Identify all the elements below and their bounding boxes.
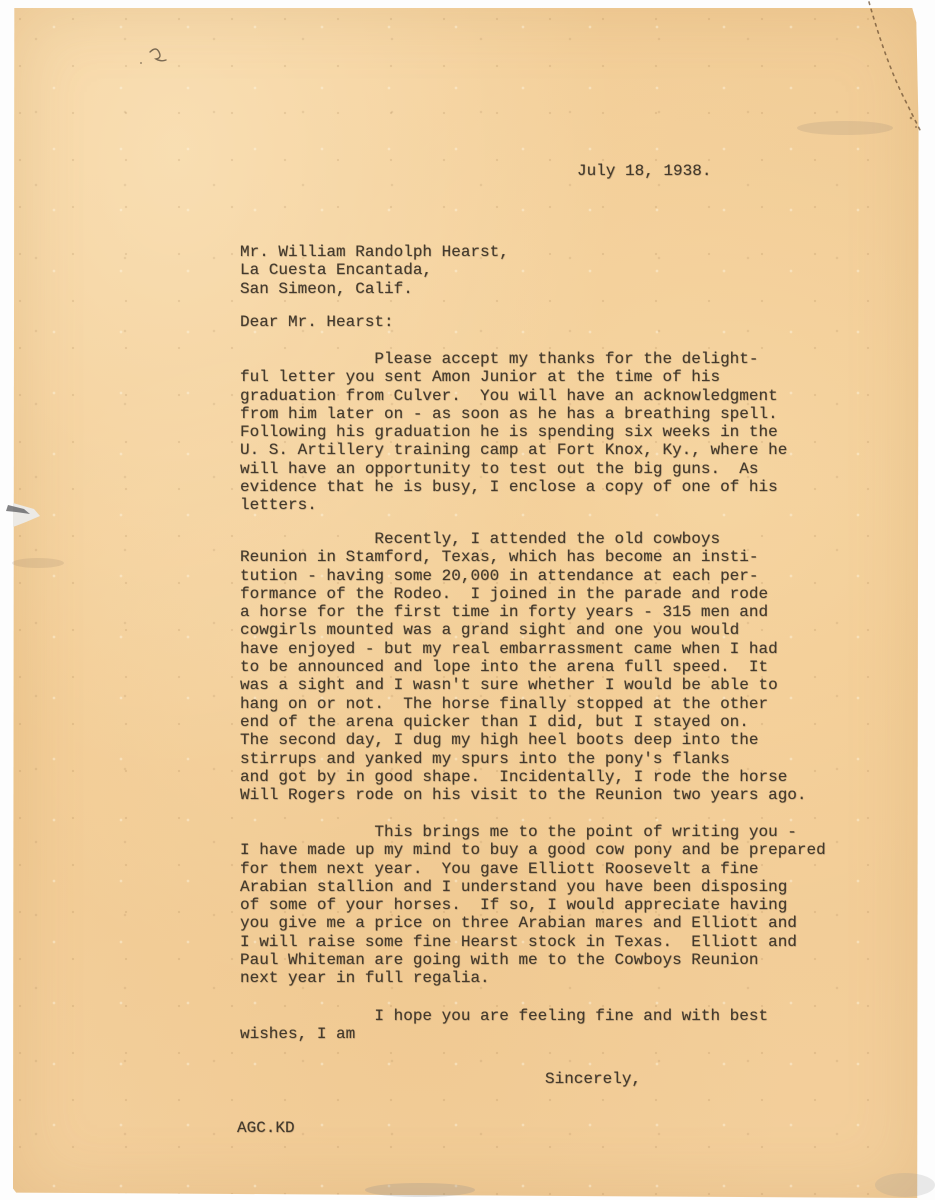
- scanned-letter-page: July 18, 1938. Mr. William Randolph Hear…: [0, 0, 935, 1200]
- closing: Sincerely,: [545, 1070, 641, 1088]
- body-paragraph-2: Recently, I attended the old cowboys Reu…: [240, 530, 807, 804]
- recipient-address: Mr. William Randolph Hearst, La Cuesta E…: [240, 243, 509, 298]
- body-paragraph-4: I hope you are feeling fine and with bes…: [240, 1007, 768, 1044]
- date-line: July 18, 1938.: [577, 162, 711, 180]
- typist-initials: AGC.KD: [237, 1119, 295, 1137]
- body-paragraph-1: Please accept my thanks for the delight-…: [240, 350, 787, 515]
- salutation: Dear Mr. Hearst:: [240, 313, 394, 331]
- body-paragraph-3: This brings me to the point of writing y…: [240, 823, 826, 988]
